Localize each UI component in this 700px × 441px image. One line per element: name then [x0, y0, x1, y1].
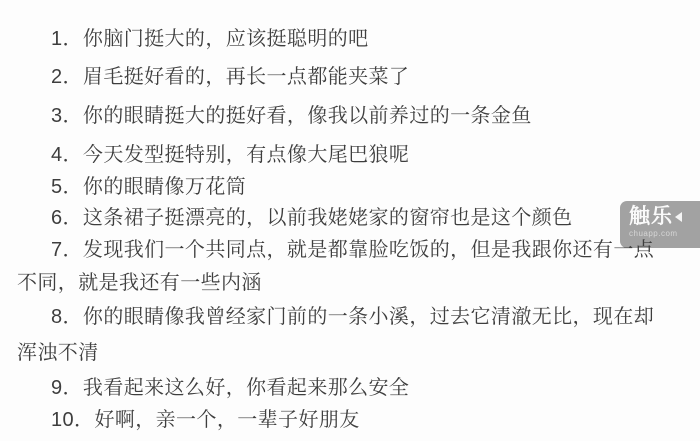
watermark-arrow-icon [675, 212, 682, 222]
list-line-5: 5．你的眼睛像万花筒 [51, 174, 246, 200]
list-line-7-continuation: 不同，就是我还有一些内涵 [17, 270, 262, 296]
list-line-7: 7．发现我们一个共同点，就是都靠脸吃饭的，但是我跟你还有一点 [51, 237, 654, 263]
list-line-2: 2．眉毛挺好看的，再长一点都能夹菜了 [51, 64, 409, 90]
list-line-1: 1．你脑门挺大的，应该挺聪明的吧 [51, 26, 369, 52]
list-line-3: 3．你的眼睛挺大的挺好看，像我以前养过的一条金鱼 [51, 103, 532, 129]
list-line-4: 4．今天发型挺特别，有点像大尾巴狼呢 [51, 142, 409, 168]
list-line-8: 8．你的眼睛像我曾经家门前的一条小溪，过去它清澈无比，现在却 [51, 304, 654, 330]
list-line-9: 9．我看起来这么好，你看起来那么安全 [51, 375, 409, 401]
list-line-8-continuation: 浑浊不清 [17, 340, 99, 366]
page: 1．你脑门挺大的，应该挺聪明的吧 2．眉毛挺好看的，再长一点都能夹菜了 3．你的… [0, 0, 700, 441]
list-line-10: 10．好啊，亲一个，一辈子好朋友 [51, 407, 360, 433]
watermark-logo: 触乐 [629, 206, 673, 228]
watermark-logo-row: 触乐 [629, 206, 700, 228]
list-line-6: 6．这条裙子挺漂亮的，以前我姥姥家的窗帘也是这个颜色 [51, 205, 573, 231]
